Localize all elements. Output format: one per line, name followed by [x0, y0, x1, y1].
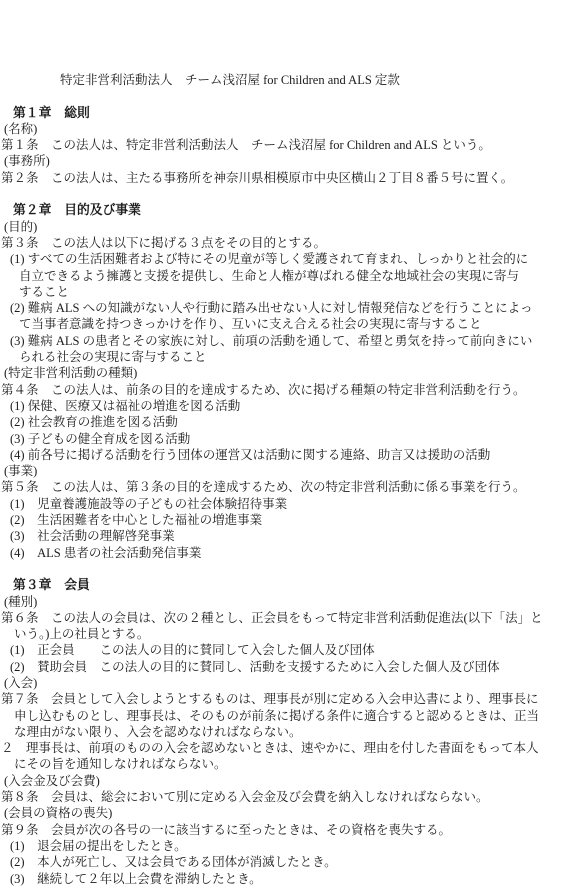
chapter-heading: 第２章 目的及び事業 — [13, 202, 586, 218]
list-item-continuation: すること — [19, 284, 586, 300]
document-title: 特定非営利活動法人 チーム浅沼屋 for Children and ALS 定款 — [60, 72, 586, 88]
section-label: (名称) — [4, 121, 586, 137]
list-item: (2) 社会教育の推進を図る活動 — [10, 414, 586, 430]
list-item: (3) 子どもの健全育成を図る活動 — [10, 431, 586, 447]
list-item: (1) 退会届の提出をしたとき。 — [10, 838, 586, 854]
section-label: (事業) — [4, 463, 586, 479]
section-label: (種別) — [4, 594, 586, 610]
section-label: (目的) — [4, 219, 586, 235]
list-item: (1) 児童養護施設等の子どもの社会体験招待事業 — [10, 496, 586, 512]
section-label: (入会金及び会費) — [4, 773, 586, 789]
article-text-continuation: いう。)上の社員とする。 — [14, 626, 586, 642]
list-item-continuation: 自立できるよう擁護と支援を提供し、生命と人権が尊ばれる健全な地域社会の実現に寄与 — [19, 268, 586, 284]
section-label: (入会) — [4, 675, 586, 691]
blank-line — [0, 88, 586, 104]
article-text: ２ 理事長は、前項のものの入会を認めないときは、速やかに、理由を付した書面をもっ… — [1, 740, 586, 756]
article-text-continuation: にその旨を通知しなければならない。 — [14, 756, 586, 772]
article-text: 第４条 この法人は、前条の目的を達成するため、次に掲げる種類の特定非営利活動を行… — [1, 382, 586, 398]
chapter-heading: 第１章 総則 — [13, 105, 586, 121]
blank-line — [0, 561, 586, 577]
blank-line — [0, 186, 586, 202]
document-page: 特定非営利活動法人 チーム浅沼屋 for Children and ALS 定款… — [0, 0, 586, 896]
list-item: (2) 生活困難者を中心とした福祉の増進事業 — [10, 512, 586, 528]
list-item: (2) 賛助会員 この法人の目的に賛同し、活動を支援するために入会した個人及び団… — [10, 659, 586, 675]
list-item: (1) 正会員 この法人の目的に賛同して入会した個人及び団体 — [10, 642, 586, 658]
list-item-continuation: られる社会の実現に寄与すること — [19, 349, 586, 365]
chapter-heading: 第３章 会員 — [13, 577, 586, 593]
article-text: 第２条 この法人は、主たる事務所を神奈川県相模原市中央区横山２丁目８番５号に置く… — [1, 170, 586, 186]
list-item: (3) 継続して２年以上会費を滞納したとき。 — [10, 871, 586, 887]
section-label: (事務所) — [4, 153, 586, 169]
list-item: (2) 難病 ALS への知識がない人や行動に踏み出せない人に対し情報発信などを… — [10, 300, 586, 316]
list-item: (4) ALS 患者の社会活動発信事業 — [10, 545, 586, 561]
list-item: (3) 社会活動の理解啓発事業 — [10, 528, 586, 544]
article-text: 第１条 この法人は、特定非営利活動法人 チーム浅沼屋 for Children … — [1, 137, 586, 153]
article-text-continuation: な理由がない限り、入会を認めなければならない。 — [14, 724, 586, 740]
list-item: (3) 難病 ALS の患者とその家族に対し、前項の活動を通して、希望と勇気を持… — [10, 333, 586, 349]
list-item-continuation: て当事者意識を持つきっかけを作り、互いに支え合える社会の実現に寄与すること — [19, 316, 586, 332]
article-text: 第９条 会員が次の各号の一に該当するに至ったときは、その資格を喪失する。 — [1, 822, 586, 838]
article-text: 第３条 この法人は以下に掲げる３点をその目的とする。 — [1, 235, 586, 251]
article-text: 第６条 この法人の会員は、次の２種とし、正会員をもって特定非営利活動促進法(以下… — [1, 610, 586, 626]
article-text-continuation: 申し込むものとし、理事長は、そのものが前条に掲げる条件に適合すると認めるときは、… — [14, 708, 586, 724]
article-text: 第７条 会員として入会しようとするものは、理事長が別に定める入会申込書により、理… — [1, 691, 586, 707]
list-item: (4) 前各号に掲げる活動を行う団体の運営又は活動に関する連絡、助言又は援助の活… — [10, 447, 586, 463]
article-text: 第５条 この法人は、第３条の目的を達成するため、次の特定非営利活動に係る事業を行… — [1, 479, 586, 495]
list-item: (2) 本人が死亡し、又は会員である団体が消滅したとき。 — [10, 854, 586, 870]
article-text: 第８条 会員は、総会において別に定める入会金及び会費を納入しなければならない。 — [1, 789, 586, 805]
list-item: (1) すべての生活困難者および特にその児童が等しく愛護されて育まれ、しっかりと… — [10, 251, 586, 267]
section-label: (特定非営利活動の種類) — [4, 365, 586, 381]
list-item: (1) 保健、医療又は福祉の増進を図る活動 — [10, 398, 586, 414]
section-label: (会員の資格の喪失) — [4, 805, 586, 821]
articles-of-incorporation-text: 特定非営利活動法人 チーム浅沼屋 for Children and ALS 定款… — [0, 0, 586, 887]
